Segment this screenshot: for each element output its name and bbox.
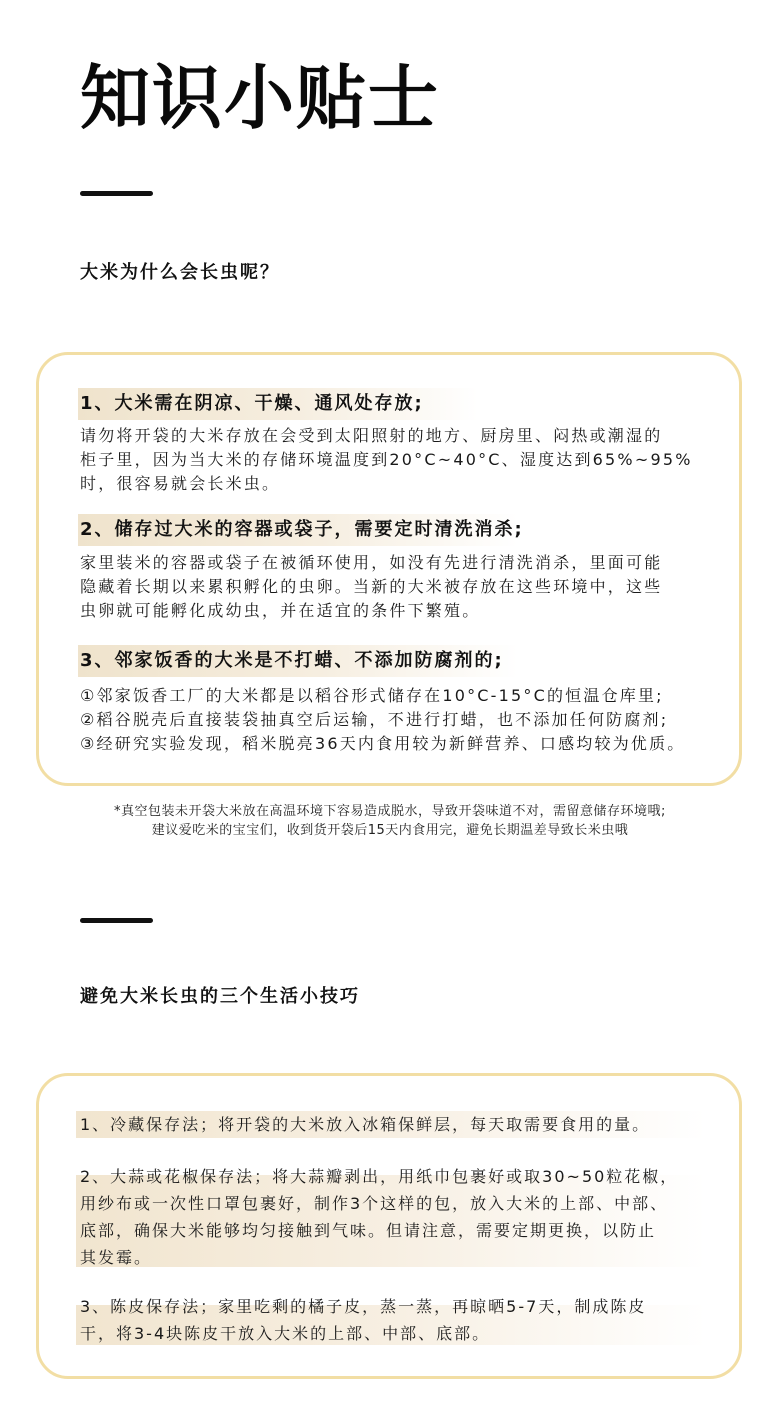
point-body-line: 虫卵就可能孵化成幼虫，并在适宜的条件下繁殖。 — [80, 599, 720, 623]
title-divider — [80, 191, 153, 196]
tip-line: 其发霉。 — [80, 1244, 720, 1271]
point-body-line: 请勿将开袋的大米存放在会受到太阳照射的地方、厨房里、闷热或潮湿的 — [80, 424, 720, 448]
tip-line: 2、大蒜或花椒保存法；将大蒜瓣剥出，用纸巾包裹好或取30~50粒花椒， — [80, 1163, 720, 1190]
point-body-line: ③经研究实验发现，稻米脱亮36天内食用较为新鲜营养、口感均较为优质。 — [80, 732, 720, 756]
point-body-line: ①邻家饭香工厂的大米都是以稻谷形式储存在10°C-15°C的恒温仓库里; — [80, 684, 720, 708]
tip-3: 3、陈皮保存法；家里吃剩的橘子皮，蒸一蒸，再晾晒5-7天，制成陈皮 干，将3-4… — [80, 1293, 720, 1347]
footnote-line: *真空包装未开袋大米放在高温环境下容易造成脱水，导致开袋味道不对，需留意储存环境… — [0, 802, 780, 821]
page-title: 知识小贴士 — [80, 58, 440, 138]
point-body-line: 柜子里，因为当大米的存储环境温度到20°C~40°C、湿度达到65%~95% — [80, 448, 720, 472]
tip-line: 用纱布或一次性口罩包裹好，制作3个这样的包，放入大米的上部、中部、 — [80, 1190, 720, 1217]
tip-line: 1、冷藏保存法；将开袋的大米放入冰箱保鲜层，每天取需要食用的量。 — [80, 1111, 720, 1138]
tip-1: 1、冷藏保存法；将开袋的大米放入冰箱保鲜层，每天取需要食用的量。 — [80, 1111, 720, 1138]
footnote: *真空包装未开袋大米放在高温环境下容易造成脱水，导致开袋味道不对，需留意储存环境… — [0, 802, 780, 840]
point-body-line: 家里装米的容器或袋子在被循环使用，如没有先进行清洗消杀，里面可能 — [80, 551, 720, 575]
section-divider — [80, 918, 153, 923]
tip-2: 2、大蒜或花椒保存法；将大蒜瓣剥出，用纸巾包裹好或取30~50粒花椒， 用纱布或… — [80, 1163, 720, 1271]
footnote-line: 建议爱吃米的宝宝们，收到货开袋后15天内食用完，避免长期温差导致长米虫哦 — [0, 821, 780, 840]
point-body-3: ①邻家饭香工厂的大米都是以稻谷形式储存在10°C-15°C的恒温仓库里; ②稻谷… — [80, 684, 720, 756]
point-body-2: 家里装米的容器或袋子在被循环使用，如没有先进行清洗消杀，里面可能 隐藏着长期以来… — [80, 551, 720, 623]
section-heading-tips: 避免大米长虫的三个生活小技巧 — [80, 985, 360, 1009]
point-title-3: 3、邻家饭香的大米是不打蜡、不添加防腐剂的; — [80, 648, 504, 674]
point-body-line: 隐藏着长期以来累积孵化的虫卵。当新的大米被存放在这些环境中，这些 — [80, 575, 720, 599]
section-heading-why-bugs: 大米为什么会长虫呢？ — [80, 261, 280, 285]
tip-line: 底部，确保大米能够均匀接触到气味。但请注意，需要定期更换，以防止 — [80, 1217, 720, 1244]
tip-line: 3、陈皮保存法；家里吃剩的橘子皮，蒸一蒸，再晾晒5-7天，制成陈皮 — [80, 1293, 720, 1320]
point-body-1: 请勿将开袋的大米存放在会受到太阳照射的地方、厨房里、闷热或潮湿的 柜子里，因为当… — [80, 424, 720, 496]
point-body-line: 时，很容易就会长米虫。 — [80, 472, 720, 496]
point-title-1: 1、大米需在阴凉、干燥、通风处存放; — [80, 391, 424, 417]
tip-line: 干，将3-4块陈皮干放入大米的上部、中部、底部。 — [80, 1320, 720, 1347]
point-body-line: ②稻谷脱壳后直接装袋抽真空后运输，不进行打蜡，也不添加任何防腐剂; — [80, 708, 720, 732]
point-title-2: 2、储存过大米的容器或袋子，需要定时清洗消杀; — [80, 517, 524, 543]
